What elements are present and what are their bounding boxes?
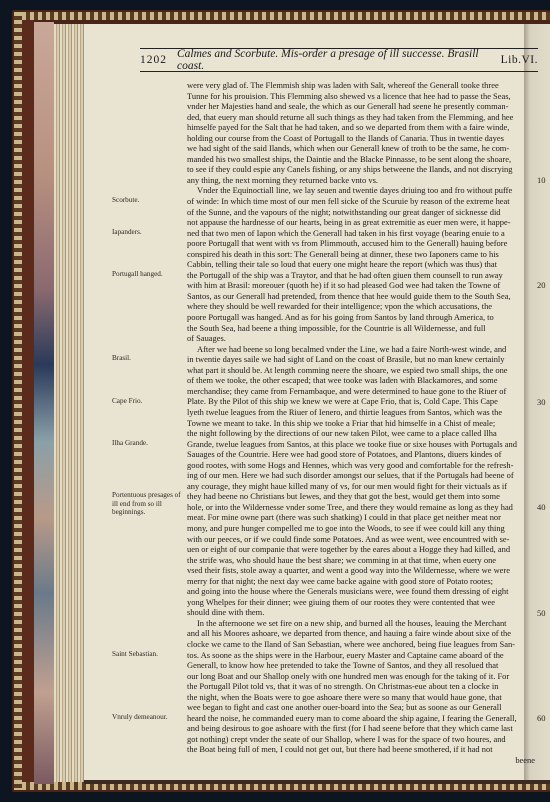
text-line: vsed their fists, stole away a quarter, …	[187, 565, 535, 576]
text-line: After we had beene so long becalmed vnde…	[187, 344, 535, 355]
text-line: Vnder the Equinoctiall line, we lay seue…	[187, 185, 535, 196]
text-line: ded, that euery man should returne all s…	[187, 112, 535, 123]
text-line: with him at Brasil: moreouer (quoth he) …	[187, 280, 535, 291]
line-number: 60	[537, 713, 546, 723]
marbled-endpaper	[34, 22, 54, 784]
text-line: Cabbin, telling their tale so loud that …	[187, 259, 535, 270]
text-line: good rootes, with some Hogs and Hennes, …	[187, 460, 535, 471]
text-line: vnder her Majesties hand and seale, the …	[187, 101, 535, 112]
gilt-border-left	[14, 12, 22, 790]
margin-note: Ilha Grande.	[112, 439, 184, 448]
margin-note: Vnruly demeanour.	[112, 713, 184, 722]
text-line: Towne we meant to take. In this ship we …	[187, 418, 535, 429]
text-line: our long Boat and our Shallop onely with…	[187, 671, 535, 682]
body-text: were very glad of. The Flemmish ship was…	[187, 80, 535, 766]
margin-note: Brasil.	[112, 354, 184, 363]
text-line: Plate. By the Pilot of this ship we knew…	[187, 396, 535, 407]
line-number: 50	[537, 608, 546, 618]
line-number: 10	[537, 175, 546, 185]
text-line: ing of our men. Here we had such disorde…	[187, 470, 535, 481]
text-line: Santos, as our Generall had pretended, f…	[187, 291, 535, 302]
margin-note: Saint Sebastian.	[112, 650, 184, 659]
text-line: conspired his death in this sort: The Ge…	[187, 249, 535, 260]
text-line: we had sight of the said Ilands, which w…	[187, 143, 535, 154]
text-line: and going into the house where the Gener…	[187, 586, 535, 597]
text-line: Sauages of the Countrie. Here wee had go…	[187, 449, 535, 460]
text-line: Grande, twelue leagues from Santos, at t…	[187, 439, 535, 450]
text-line: holding our course from the Coast of Por…	[187, 133, 535, 144]
running-title: Calmes and Scorbute. Mis-order a presage…	[177, 48, 501, 72]
text-line: the night following by the directions of…	[187, 428, 535, 439]
text-line: tos. As soone as the ships were in the H…	[187, 650, 535, 661]
text-line: any courage, they might haue killed many…	[187, 481, 535, 492]
page-bottom-edge	[84, 780, 550, 784]
text-line: the strife was, who should haue the best…	[187, 555, 535, 566]
text-line: with our peeces, or if we could finde so…	[187, 534, 535, 545]
text-line: the Portugall Pilot told vs, that it was…	[187, 681, 535, 692]
leather-binding	[22, 20, 34, 782]
text-line: In the afternoone we set fire on a new s…	[187, 618, 535, 629]
text-line: the Boat being full of men, I could not …	[187, 744, 535, 755]
text-line: uen or eight of our companie that were t…	[187, 544, 535, 555]
text-line: poore Portugall that went with vs from P…	[187, 238, 535, 249]
text-line: the South Sea, had beene a thing impossi…	[187, 323, 535, 334]
text-line: himselfe payed for the Salt that he had …	[187, 122, 535, 133]
text-line: they had beene no Christians but Iewes, …	[187, 491, 535, 502]
text-line: yong Whelpes for their dinner; wee giuin…	[187, 597, 535, 608]
gilt-border-top	[14, 12, 550, 20]
text-line: what part it should be. At length commin…	[187, 365, 535, 376]
catchword: beene	[187, 755, 535, 766]
margin-note: Scorbute.	[112, 196, 184, 205]
text-line: in twentie dayes saile we had sight of L…	[187, 354, 535, 365]
margin-note: Iapanders.	[112, 228, 184, 237]
page-edges	[54, 24, 86, 782]
text-line: heard the noise, he commanded euery man …	[187, 713, 535, 724]
text-line: ned that two men of Iapon which the Gene…	[187, 228, 535, 239]
text-line: and being desirous to goe ashoare with t…	[187, 723, 535, 734]
text-line: not appause the hardnesse of our hearts,…	[187, 217, 535, 228]
text-line: and all his Moores ashoare, we departed …	[187, 628, 535, 639]
text-line: the Portugall of the ship was a Traytor,…	[187, 270, 535, 281]
text-line: manded his two smallest ships, the Daint…	[187, 154, 535, 165]
text-line: of winde: In which time most of our men …	[187, 196, 535, 207]
text-line: hole, or into the Wildernesse vnder some…	[187, 502, 535, 513]
text-line: should dine with them.	[187, 607, 535, 618]
margin-note: Cape Frio.	[112, 397, 184, 406]
text-line: to see if they could espie any Canels fi…	[187, 164, 535, 175]
text-line: of them we tooke, the other escaped; tha…	[187, 375, 535, 386]
text-line: merchandise; they came from Fernambaque,…	[187, 386, 535, 397]
text-line: of the Sunne, and the vapours of the nig…	[187, 207, 535, 218]
text-line: merry for that night; the next day wee c…	[187, 576, 535, 587]
line-number: 40	[537, 502, 546, 512]
line-number: 30	[537, 397, 546, 407]
line-number: 20	[537, 280, 546, 290]
text-line: mony, and pure hunger compelled me to go…	[187, 523, 535, 534]
text-line: got nothing) crept vnder the seate of ou…	[187, 734, 535, 745]
running-head: 1202 Calmes and Scorbute. Mis-order a pr…	[140, 48, 538, 72]
text-line: of Sauages.	[187, 333, 535, 344]
text-line: lyeth twelue leagues from the Riuer of I…	[187, 407, 535, 418]
margin-note: Portugall hanged.	[112, 270, 184, 279]
text-line: any thing, the next morning they returne…	[187, 175, 535, 186]
book-number: Lib.VI.	[501, 54, 538, 66]
margin-note: Portentuous presages of ill end from so …	[112, 491, 184, 517]
text-line: where they should be well rewarded for t…	[187, 301, 535, 312]
text-line: clocke we came to the Iland of San Sebas…	[187, 639, 535, 650]
text-line: poore Portugall was hanged. And as for h…	[187, 312, 535, 323]
text-line: meat. For mine owne part (there was such…	[187, 512, 535, 523]
page-number: 1202	[140, 54, 167, 66]
text-line: the night, when the Boats were to goe as…	[187, 692, 535, 703]
text-line: Generall, to know how hee pretended to t…	[187, 660, 535, 671]
text-line: wee began to fight and cast one another …	[187, 702, 535, 713]
text-line: Tunne for his prouision. This Flemming a…	[187, 91, 535, 102]
text-line: were very glad of. The Flemmish ship was…	[187, 80, 535, 91]
